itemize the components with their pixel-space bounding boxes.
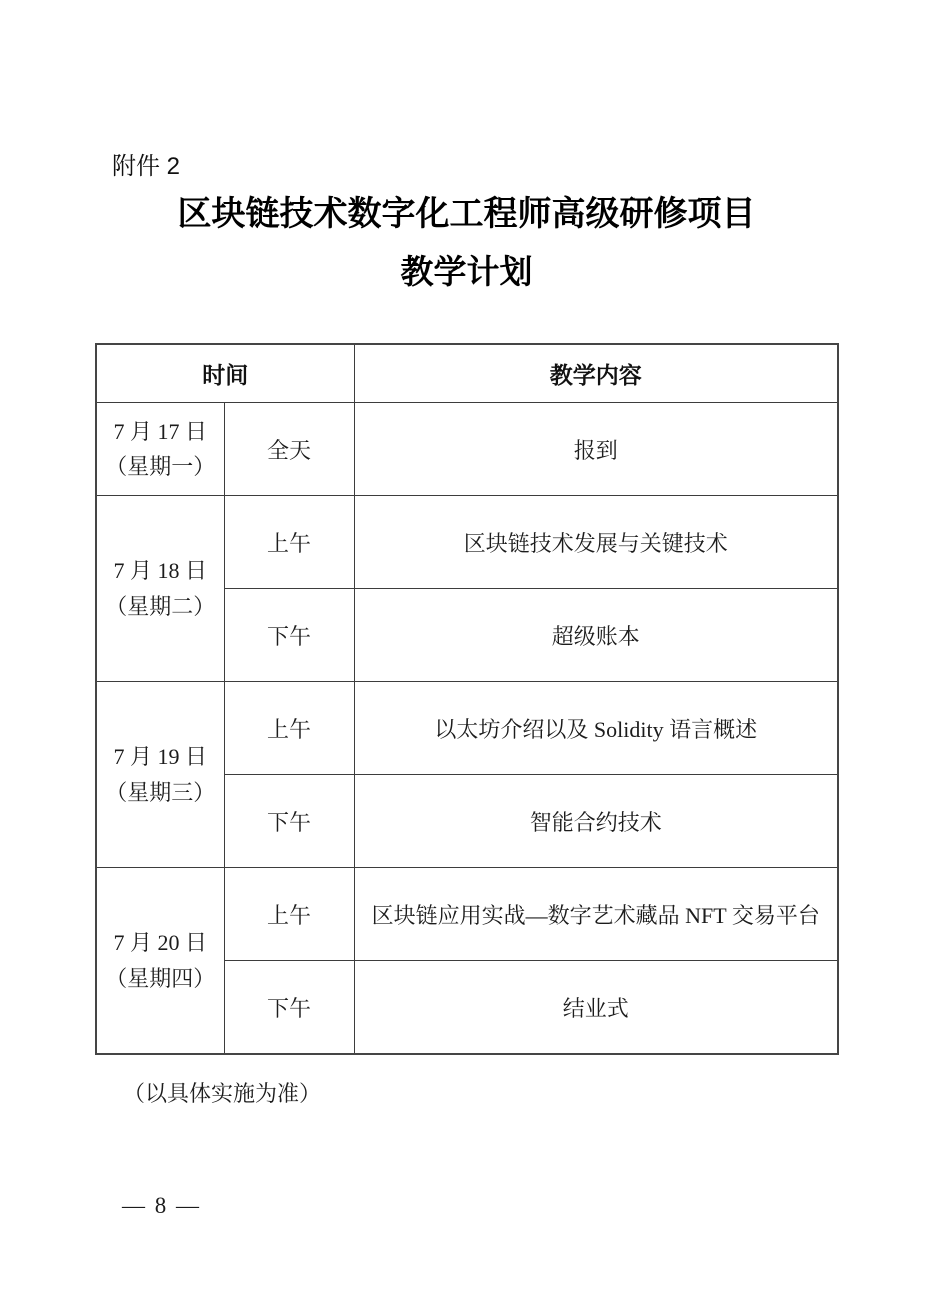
document-subtitle: 教学计划 <box>0 250 933 294</box>
date-cell: 7 月 18 日 （星期二） <box>96 496 224 682</box>
period-cell: 上午 <box>224 868 354 961</box>
period-cell: 下午 <box>224 775 354 868</box>
content-cell: 智能合约技术 <box>354 775 838 868</box>
content-cell: 以太坊介绍以及 Solidity 语言概述 <box>354 682 838 775</box>
table-header-row: 时间 教学内容 <box>96 344 838 403</box>
content-cell: 超级账本 <box>354 589 838 682</box>
column-header-time: 时间 <box>96 344 354 403</box>
date-cell: 7 月 19 日 （星期三） <box>96 682 224 868</box>
period-cell: 全天 <box>224 403 354 496</box>
table-row: 7 月 17 日 （星期一） 全天 报到 <box>96 403 838 496</box>
column-header-content: 教学内容 <box>354 344 838 403</box>
table-row: 7 月 20 日 （星期四） 上午 区块链应用实战—数字艺术藏品 NFT 交易平… <box>96 868 838 961</box>
document-page: 附件 2 区块链技术数字化工程师高级研修项目 教学计划 时间 教学内容 7 月 … <box>0 0 933 1305</box>
schedule-table: 时间 教学内容 7 月 17 日 （星期一） 全天 报到 7 月 18 日 （星… <box>95 343 839 1055</box>
period-cell: 上午 <box>224 496 354 589</box>
document-title: 区块链技术数字化工程师高级研修项目 <box>0 192 933 236</box>
attachment-label: 附件 2 <box>112 150 180 184</box>
content-cell: 区块链应用实战—数字艺术藏品 NFT 交易平台 <box>354 868 838 961</box>
table-row: 7 月 19 日 （星期三） 上午 以太坊介绍以及 Solidity 语言概述 <box>96 682 838 775</box>
period-cell: 下午 <box>224 961 354 1055</box>
footnote: （以具体实施为准） <box>123 1078 321 1110</box>
period-cell: 上午 <box>224 682 354 775</box>
date-cell: 7 月 17 日 （星期一） <box>96 403 224 496</box>
period-cell: 下午 <box>224 589 354 682</box>
page-number: — 8 — <box>122 1190 201 1222</box>
date-cell: 7 月 20 日 （星期四） <box>96 868 224 1055</box>
content-cell: 报到 <box>354 403 838 496</box>
table-row: 7 月 18 日 （星期二） 上午 区块链技术发展与关键技术 <box>96 496 838 589</box>
content-cell: 结业式 <box>354 961 838 1055</box>
content-cell: 区块链技术发展与关键技术 <box>354 496 838 589</box>
